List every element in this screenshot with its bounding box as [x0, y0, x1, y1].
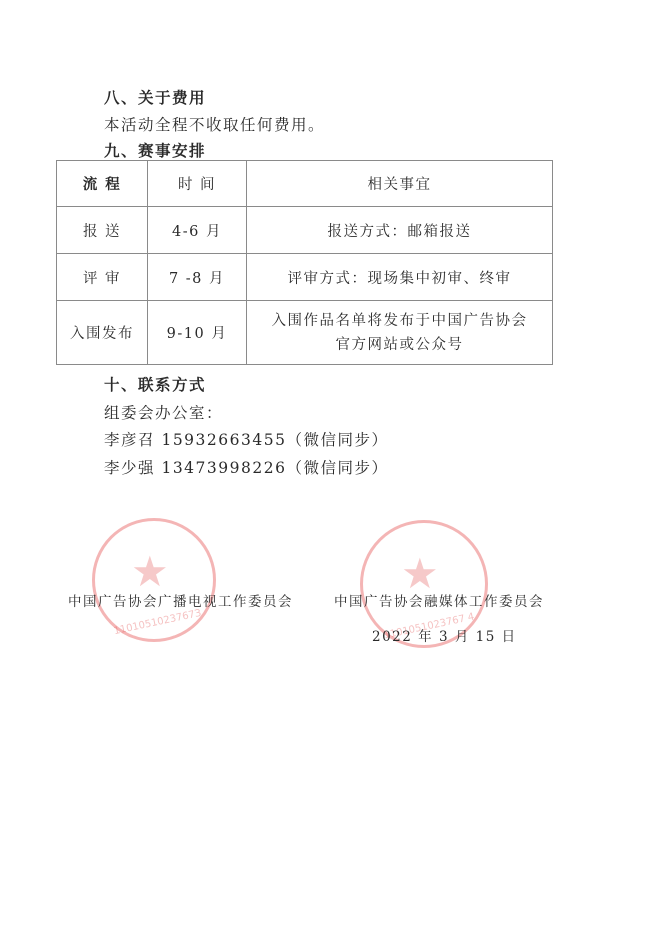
- star-icon: ★: [131, 547, 169, 596]
- table-row: 评 审 7 -8 月 评审方式：现场集中初审、终审: [57, 254, 553, 301]
- row-stage: 报 送: [57, 207, 148, 254]
- row-time: 9-10 月: [148, 301, 247, 365]
- table-header-row: 流 程 时 间 相关事宜: [57, 161, 553, 207]
- details-line-1: 入围作品名单将发布于中国广告协会: [247, 309, 552, 333]
- row-details: 入围作品名单将发布于中国广告协会 官方网站或公众号: [247, 301, 553, 365]
- official-stamp-left: ★ 1101051023767З: [92, 518, 216, 642]
- contact-phone: 15932663455: [161, 431, 286, 449]
- header-details: 相关事宜: [247, 161, 553, 207]
- office-label: 组委会办公室：: [104, 401, 223, 423]
- signature-right: 中国广告协会融媒体工作委员会: [334, 590, 544, 610]
- section-8-heading: 八、关于费用: [104, 86, 206, 108]
- contact-2: 李少强 13473998226（微信同步）: [104, 456, 388, 478]
- section-10-heading: 十、联系方式: [104, 373, 206, 395]
- contact-note: （微信同步）: [286, 431, 388, 449]
- contact-name: 李少强: [104, 459, 155, 477]
- header-stage: 流 程: [57, 161, 148, 207]
- row-time: 4-6 月: [148, 207, 247, 254]
- stamp-number: 1101051023767З: [113, 608, 202, 637]
- contact-phone: 13473998226: [161, 459, 286, 477]
- table-row: 入围发布 9-10 月 入围作品名单将发布于中国广告协会 官方网站或公众号: [57, 301, 553, 365]
- row-time: 7 -8 月: [148, 254, 247, 301]
- row-stage: 评 审: [57, 254, 148, 301]
- contact-1: 李彦召 15932663455（微信同步）: [104, 428, 388, 450]
- table-row: 报 送 4-6 月 报送方式：邮箱报送: [57, 207, 553, 254]
- row-details: 评审方式：现场集中初审、终审: [247, 254, 553, 301]
- signature-left: 中国广告协会广播电视工作委员会: [68, 590, 293, 610]
- section-8-body: 本活动全程不收取任何费用。: [104, 113, 325, 135]
- details-line-2: 官方网站或公众号: [247, 333, 552, 357]
- contact-name: 李彦召: [104, 431, 155, 449]
- header-time: 时 间: [148, 161, 247, 207]
- row-stage: 入围发布: [57, 301, 148, 365]
- contact-note: （微信同步）: [286, 459, 388, 477]
- schedule-table: 流 程 时 间 相关事宜 报 送 4-6 月 报送方式：邮箱报送 评 审 7 -…: [56, 160, 553, 365]
- row-details: 报送方式：邮箱报送: [247, 207, 553, 254]
- section-9-heading: 九、赛事安排: [104, 139, 206, 161]
- signature-date: 2022 年 3 月 15 日: [372, 625, 517, 645]
